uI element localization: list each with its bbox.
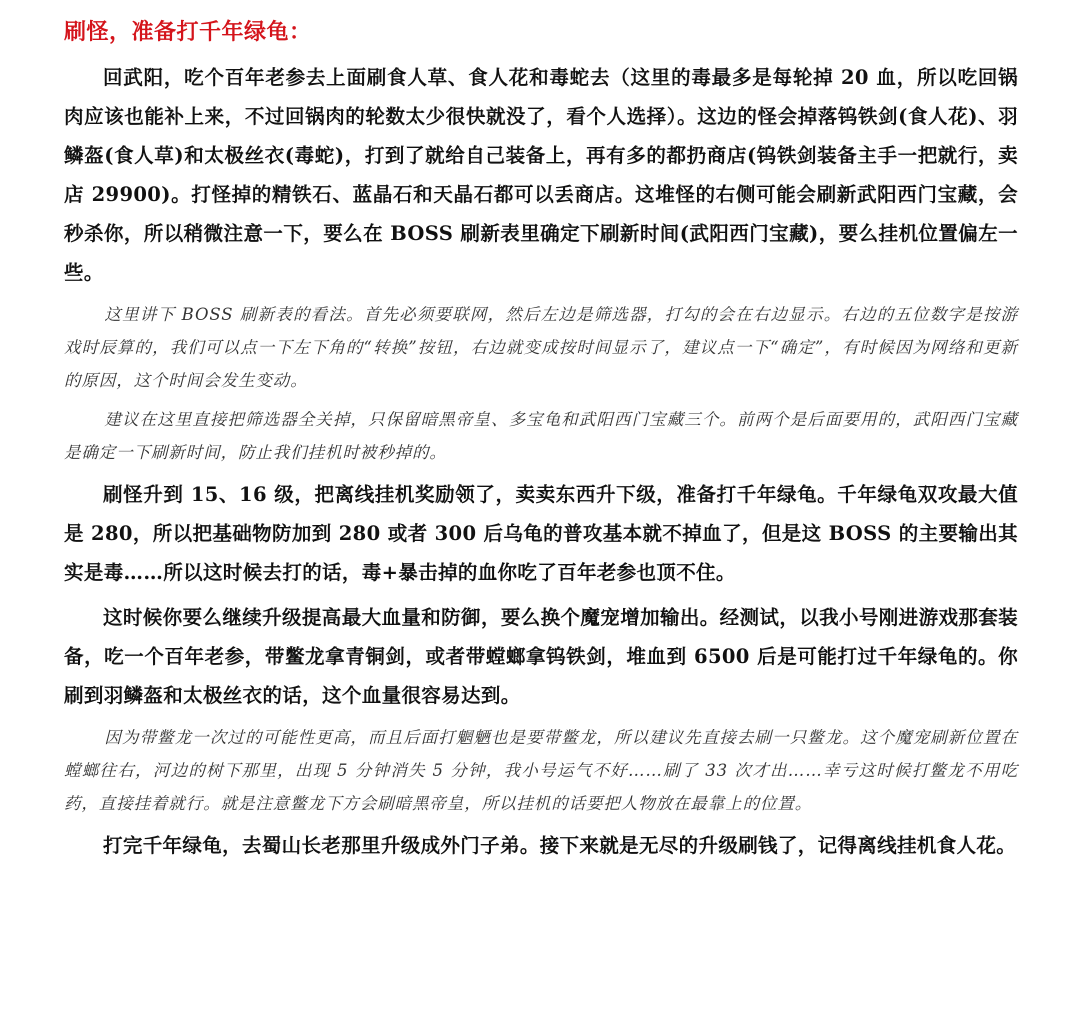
- paragraph-farming-monsters: 回武阳，吃个百年老参去上面刷食人草、食人花和毒蛇去（这里的毒最多是每轮掉 20 …: [64, 58, 1018, 292]
- note-boss-refresh-table: 这里讲下 BOSS 刷新表的看法。首先必须要联网，然后左边是筛选器，打勾的会在右…: [64, 298, 1018, 397]
- paragraph-level-up: 刷怪升到 15、16 级，把离线挂机奖励领了，卖卖东西升下级，准备打千年绿龟。千…: [64, 475, 1018, 592]
- section-heading: 刷怪，准备打千年绿龟：: [64, 12, 1018, 52]
- paragraph-hp-strategy: 这时候你要么继续升级提高最大血量和防御，要么换个魔宠增加输出。经测试，以我小号刚…: [64, 598, 1018, 715]
- note-turtle-dragon-pet: 因为带鳖龙一次过的可能性更高，而且后面打魍魉也是要带鳖龙，所以建议先直接去刷一只…: [64, 721, 1018, 820]
- note-filter-suggestion: 建议在这里直接把筛选器全关掉，只保留暗黑帝皇、多宝龟和武阳西门宝藏三个。前两个是…: [64, 403, 1018, 469]
- document-page: 刷怪，准备打千年绿龟： 回武阳，吃个百年老参去上面刷食人草、食人花和毒蛇去（这里…: [64, 12, 1018, 865]
- paragraph-after-boss: 打完千年绿龟，去蜀山长老那里升级成外门子弟。接下来就是无尽的升级刷钱了，记得离线…: [64, 826, 1018, 865]
